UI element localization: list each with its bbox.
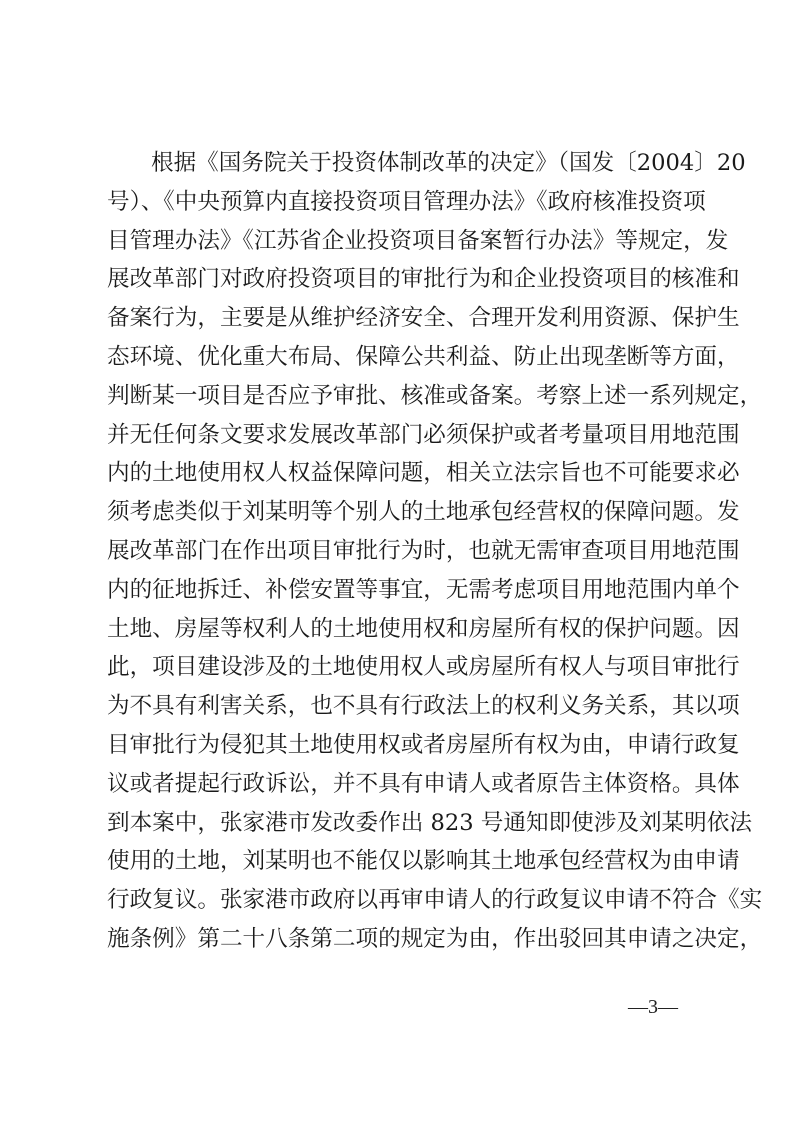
body-paragraph: 根据《国务院关于投资体制改革的决定》（国发〔2004〕20 号）、《中央预算内直…	[107, 144, 697, 959]
text-line: 使用的土地，刘某明也不能仅以影响其土地承包经营权为由申请	[107, 842, 697, 881]
text-line: 态环境、优化重大布局、保障公共利益、防止出现垄断等方面，	[107, 338, 697, 377]
text-line: 施条例》第二十八条第二项的规定为由，作出驳回其申请之决定，	[107, 920, 697, 959]
text-line: 根据《国务院关于投资体制改革的决定》（国发〔2004〕20	[107, 144, 697, 183]
text-line: 到本案中，张家港市发改委作出 823 号通知即使涉及刘某明依法	[107, 804, 697, 843]
text-line: 展改革部门在作出项目审批行为时，也就无需审查项目用地范围	[107, 532, 697, 571]
text-line: 行政复议。张家港市政府以再审申请人的行政复议申请不符合《实	[107, 881, 697, 920]
text-line: 判断某一项目是否应予审批、核准或备案。考察上述一系列规定，	[107, 377, 697, 416]
page-number: —3—	[628, 996, 678, 1019]
text-line: 议或者提起行政诉讼，并不具有申请人或者原告主体资格。具体	[107, 765, 697, 804]
text-line: 为不具有利害关系，也不具有行政法上的权利义务关系，其以项	[107, 687, 697, 726]
text-line: 展改革部门对政府投资项目的审批行为和企业投资项目的核准和	[107, 260, 697, 299]
text-line: 此，项目建设涉及的土地使用权人或房屋所有权人与项目审批行	[107, 648, 697, 687]
text-line: 目审批行为侵犯其土地使用权或者房屋所有权为由，申请行政复	[107, 726, 697, 765]
text-line: 须考虑类似于刘某明等个别人的土地承包经营权的保障问题。发	[107, 493, 697, 532]
text-line: 内的征地拆迁、补偿安置等事宜，无需考虑项目用地范围内单个	[107, 571, 697, 610]
text-line: 号）、《中央预算内直接投资项目管理办法》《政府核准投资项	[107, 183, 697, 222]
text-line: 备案行为，主要是从维护经济安全、合理开发利用资源、保护生	[107, 299, 697, 338]
text-line: 内的土地使用权人权益保障问题，相关立法宗旨也不可能要求必	[107, 454, 697, 493]
text-line: 土地、房屋等权利人的土地使用权和房屋所有权的保护问题。因	[107, 610, 697, 649]
document-page: 根据《国务院关于投资体制改革的决定》（国发〔2004〕20 号）、《中央预算内直…	[0, 0, 793, 1122]
text-line: 目管理办法》《江苏省企业投资项目备案暂行办法》等规定，发	[107, 222, 697, 261]
text-line: 并无任何条文要求发展改革部门必须保护或者考量项目用地范围	[107, 416, 697, 455]
